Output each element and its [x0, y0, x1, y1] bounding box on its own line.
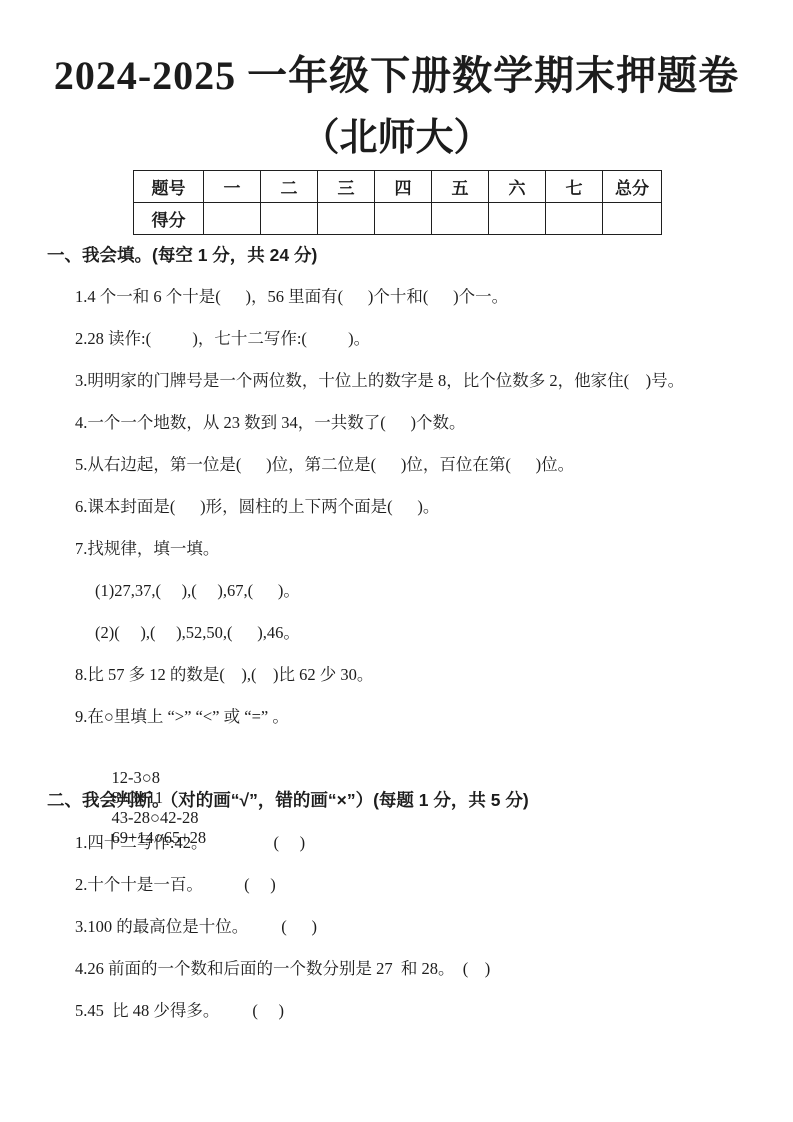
- section2-heading: 二、我会判断。（对的画“√”，错的画“×”）(每题 1 分，共 5 分): [47, 787, 529, 812]
- score-table-header-cell: 五: [432, 171, 489, 203]
- fill-item-3: 3.明明家的门牌号是一个两位数，十位上的数字是 8，比个位数多 2，他家住( )…: [75, 370, 684, 392]
- fill-item-6: 6.课本封面是( )形，圆柱的上下两个面是( )。: [75, 496, 439, 518]
- score-cell: [603, 203, 662, 235]
- score-cell: [546, 203, 603, 235]
- page-title: 2024-2025 一年级下册数学期末押题卷: [0, 44, 793, 101]
- exam-paper-page: 2024-2025 一年级下册数学期末押题卷 （北师大） 题号 一 二 三 四 …: [0, 0, 793, 1122]
- fill-item-4: 4.一个一个地数，从 23 数到 34，一共数了( )个数。: [75, 412, 466, 434]
- score-table-score-row: 得分: [134, 203, 662, 235]
- judge-item-4: 4.26 前面的一个数和后面的一个数分别是 27 和 28。 ( ): [75, 958, 490, 980]
- fill-item-7-sub-2: (2)( ),( ),52,50,( ),46。: [95, 622, 300, 644]
- section1-heading: 一、我会填。(每空 1 分，共 24 分): [47, 242, 317, 267]
- score-cell: [318, 203, 375, 235]
- score-table-header-cell: 一: [204, 171, 261, 203]
- score-row-label: 得分: [134, 203, 204, 235]
- comparison-item: 12-3○8: [112, 768, 160, 787]
- page-subtitle: （北师大）: [0, 106, 793, 161]
- judge-item-1: 1.四十二写作:42。 ( ): [75, 832, 305, 854]
- fill-item-7: 7.找规律，填一填。: [75, 538, 219, 560]
- fill-item-8: 8.比 57 多 12 的数是( ),( )比 62 少 30。: [75, 664, 373, 686]
- fill-item-1: 1.4 个一和 6 个十是( )，56 里面有( )个十和( )个一。: [75, 286, 508, 308]
- score-table-header-cell: 总分: [603, 171, 662, 203]
- score-cell: [204, 203, 261, 235]
- fill-item-5: 5.从右边起，第一位是( )位，第二位是( )位，百位在第( )位。: [75, 454, 574, 476]
- score-cell: [432, 203, 489, 235]
- fill-item-2: 2.28 读作:( )，七十二写作:( )。: [75, 328, 370, 350]
- score-table-header-cell: 二: [261, 171, 318, 203]
- judge-item-2: 2.十个十是一百。 ( ): [75, 874, 276, 896]
- judge-item-3: 3.100 的最高位是十位。 ( ): [75, 916, 317, 938]
- score-table: 题号 一 二 三 四 五 六 七 总分 得分: [133, 170, 662, 235]
- judge-item-5: 5.45 比 48 少得多。 ( ): [75, 1000, 284, 1022]
- score-table-header-cell: 三: [318, 171, 375, 203]
- score-table-header-cell: 题号: [134, 171, 204, 203]
- score-table-header-cell: 六: [489, 171, 546, 203]
- fill-item-9: 9.在○里填上 “>” “<” 或 “=” 。: [75, 706, 289, 728]
- score-cell: [375, 203, 432, 235]
- score-table-header-cell: 四: [375, 171, 432, 203]
- fill-item-7-sub-1: (1)27,37,( ),( ),67,( )。: [95, 580, 300, 602]
- score-cell: [261, 203, 318, 235]
- score-table-header-cell: 七: [546, 171, 603, 203]
- score-table-header-row: 题号 一 二 三 四 五 六 七 总分: [134, 171, 662, 203]
- score-cell: [489, 203, 546, 235]
